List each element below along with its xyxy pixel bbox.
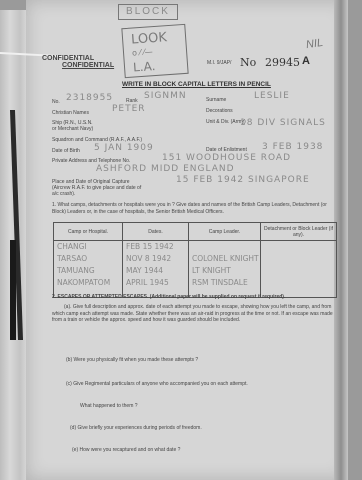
form-number-symbol: No [240, 56, 256, 69]
classification-label-2: CONFIDENTIAL [62, 62, 114, 69]
address-line-1: 151 WOODHOUSE ROAD [162, 153, 291, 163]
table-row: CHANGI TARSAO TAMUANG NAKOMPATOM FEB 15 … [54, 241, 337, 298]
leader-1 [189, 241, 260, 253]
escape-question-b: (b) Were you physically fit when you mad… [66, 357, 198, 364]
camp-cell: CHANGI TARSAO TAMUANG NAKOMPATOM [54, 241, 123, 298]
rank-value: SIGNMN [144, 91, 187, 101]
section1-question: 1. What camps, detachments or hospitals … [52, 202, 336, 215]
no-value: 2318955 [66, 93, 113, 103]
camp-2: TARSAO [54, 253, 122, 265]
col-dates: Dates. [123, 223, 189, 241]
address-line-2: ASHFORD MIDD ENGLAND [96, 164, 235, 174]
surname-value: LESLIE [254, 91, 290, 101]
surname-label: Surname [206, 97, 226, 103]
escape-question-a: (a). Give full description and approx. d… [52, 304, 336, 324]
col-camp: Camp or Hospital. [54, 223, 123, 241]
col-leader: Camp Leader. [189, 223, 261, 241]
leader-2: COLONEL KNIGHT [189, 253, 260, 265]
camp-1: CHANGI [54, 241, 122, 253]
dates-3: MAY 1944 [123, 265, 188, 277]
leader-cell: COLONEL KNIGHT LT KNIGHT RSM TINSDALE [189, 241, 261, 298]
capture-label: Place and Date of Original Capture (Airc… [52, 179, 142, 197]
leader-3: LT KNIGHT [189, 265, 260, 277]
leader-4: RSM TINSDALE [189, 277, 260, 289]
dates-2: NOV 8 1942 [123, 253, 188, 265]
christian-names-value: PETER [112, 104, 146, 114]
dates-cell: FEB 15 1942 NOV 8 1942 MAY 1944 APRIL 19… [123, 241, 189, 298]
dates-1: FEB 15 1942 [123, 241, 188, 253]
ship-label: Ship (R.N., U.S.N. or Merchant Navy) [52, 120, 97, 132]
christian-names-label: Christian Names [52, 110, 89, 116]
form-number: 29945 [265, 56, 300, 69]
form-suffix: A [302, 55, 310, 67]
block-tag: BLOCK [118, 4, 178, 20]
stamp-line-3: L.A. [133, 59, 156, 75]
col-block: Detachment or Block Leader (if any). [261, 223, 337, 241]
dob-label: Date of Birth [52, 148, 80, 154]
enlistment-value: 3 FEB 1938 [262, 142, 323, 152]
dob-value: 5 JAN 1909 [94, 143, 154, 153]
unit-value: 18 DIV SIGNALS [240, 118, 326, 128]
look-stamp: LOOK o ⁄ ⁄— L.A. [121, 24, 188, 78]
camp-3: TAMUANG [54, 265, 122, 277]
escape-question-c: (c) Give Regimental particulars of anyon… [66, 381, 248, 388]
annotation-nil: NIL [305, 37, 324, 51]
capture-value: 15 FEB 1942 SINGAPORE [176, 175, 310, 185]
escape-question-e: (e) How were you recaptured and on what … [72, 447, 180, 454]
classification-label: CONFIDENTIAL [42, 55, 94, 62]
form-ref-label: M.I. 9/JAP/ [207, 60, 231, 66]
camp-4: NAKOMPATOM [54, 277, 122, 289]
decorations-label: Decorations [206, 108, 233, 114]
escape-question-d: (d) Give briefly your experiences during… [70, 425, 202, 432]
dates-4: APRIL 1945 [123, 277, 188, 289]
block-cell [261, 241, 337, 298]
escape-question-c2: What happened to them ? [80, 403, 138, 410]
instruction-heading: WRITE IN BLOCK CAPITAL LETTERS IN PENCIL [122, 81, 271, 88]
camps-table: Camp or Hospital. Dates. Camp Leader. De… [53, 222, 337, 298]
stamp-line-2: o ⁄ ⁄— [132, 47, 153, 57]
stamp-line-1: LOOK [131, 30, 168, 47]
section2-title: 2. ESCAPES OR ATTEMPTED ESCAPES. (Additi… [52, 294, 285, 301]
no-label: No. [52, 99, 60, 105]
